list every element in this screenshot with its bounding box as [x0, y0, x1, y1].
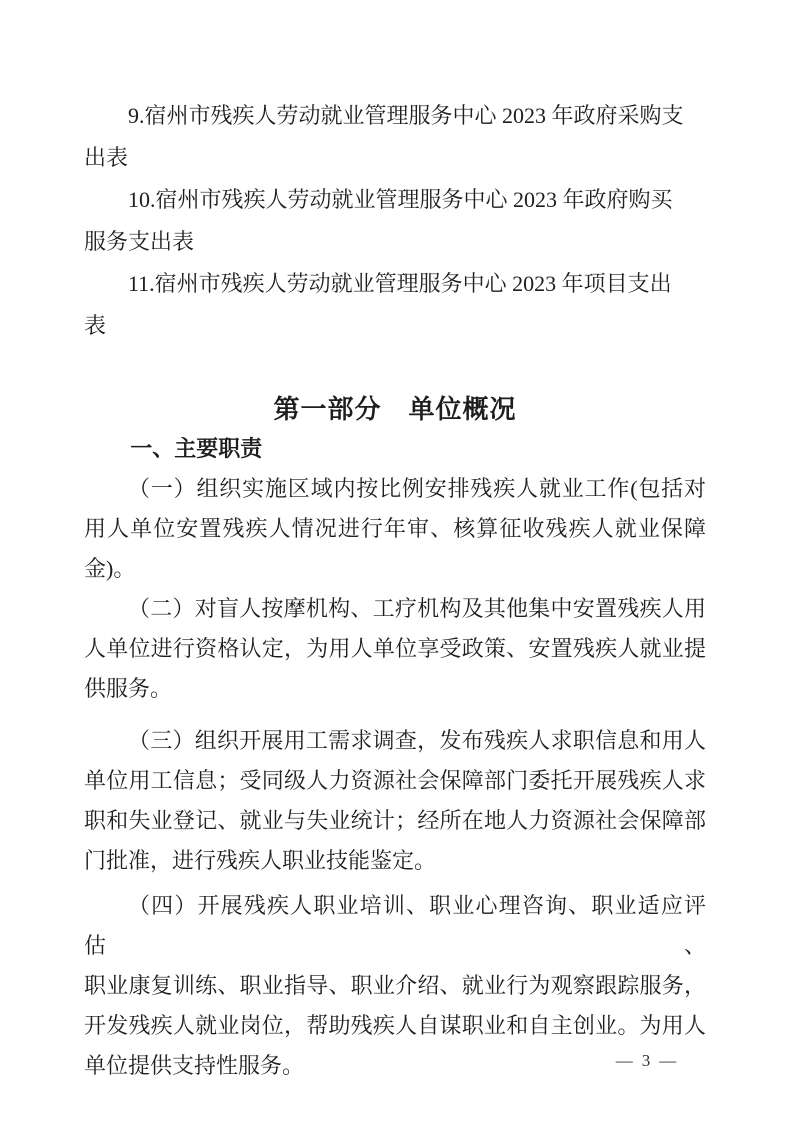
text-line: 职和失业登记、就业与失业统计；经所在地人力资源社会保障部	[84, 801, 706, 841]
text-line: 职业康复训练、职业指导、职业介绍、就业行为观察跟踪服务，	[84, 966, 706, 1006]
text-line: 单位用工信息；受同级人力资源社会保障部门委托开展残疾人求	[84, 761, 706, 801]
text-line: 10.宿州市残疾人劳动就业管理服务中心 2023 年政府购买	[84, 179, 706, 221]
paragraph-duty-3: （三）组织开展用工需求调查，发布残疾人求职信息和用人 单位用工信息；受同级人力资…	[84, 721, 706, 881]
text-line: 服务支出表	[84, 221, 706, 263]
attachment-item-10: 10.宿州市残疾人劳动就业管理服务中心 2023 年政府购买 服务支出表	[84, 179, 706, 263]
paragraph-duty-1: （一）组织实施区域内按比例安排残疾人就业工作(包括对 用人单位安置残疾人情况进行…	[84, 469, 706, 589]
text-line: 金)。	[84, 549, 706, 589]
page-number: — 3 —	[598, 1050, 694, 1072]
paragraph-duty-2: （二）对盲人按摩机构、工疗机构及其他集中安置残疾人用 人单位进行资格认定，为用人…	[84, 589, 706, 709]
text-line: （一）组织实施区域内按比例安排残疾人就业工作(包括对	[84, 469, 706, 509]
attachment-item-11: 11.宿州市残疾人劳动就业管理服务中心 2023 年项目支出 表	[84, 263, 706, 347]
text-line: 门批准，进行残疾人职业技能鉴定。	[84, 841, 706, 881]
attachment-item-9: 9.宿州市残疾人劳动就业管理服务中心 2023 年政府采购支 出表	[84, 95, 706, 179]
text-line: 用人单位安置残疾人情况进行年审、核算征收残疾人就业保障	[84, 509, 706, 549]
text-line: 9.宿州市残疾人劳动就业管理服务中心 2023 年政府采购支	[84, 95, 706, 137]
text-line: 开发残疾人就业岗位，帮助残疾人自谋职业和自主创业。为用人	[84, 1006, 706, 1046]
text-line: （四）开展残疾人职业培训、职业心理咨询、职业适应评估、	[84, 886, 706, 966]
text-line: （二）对盲人按摩机构、工疗机构及其他集中安置残疾人用	[84, 589, 706, 629]
attachment-list: 9.宿州市残疾人劳动就业管理服务中心 2023 年政府采购支 出表 10.宿州市…	[84, 95, 706, 347]
section-title: 第一部分 单位概况	[84, 391, 706, 427]
page-content: 9.宿州市残疾人劳动就业管理服务中心 2023 年政府采购支 出表 10.宿州市…	[84, 95, 706, 1086]
page-number-dash-left: —	[616, 1050, 633, 1072]
text-line: 表	[84, 305, 706, 347]
text-line: 供服务。	[84, 669, 706, 709]
text-line: 11.宿州市残疾人劳动就业管理服务中心 2023 年项目支出	[84, 263, 706, 305]
text-line: （三）组织开展用工需求调查，发布残疾人求职信息和用人	[84, 721, 706, 761]
page-number-value: 3	[642, 1050, 651, 1072]
subsection-title: 一、主要职责	[84, 429, 706, 469]
text-line: 人单位进行资格认定，为用人单位享受政策、安置残疾人就业提	[84, 629, 706, 669]
text-line: 出表	[84, 137, 706, 179]
page-number-dash-right: —	[659, 1050, 676, 1072]
document-page: 9.宿州市残疾人劳动就业管理服务中心 2023 年政府采购支 出表 10.宿州市…	[0, 0, 793, 1122]
